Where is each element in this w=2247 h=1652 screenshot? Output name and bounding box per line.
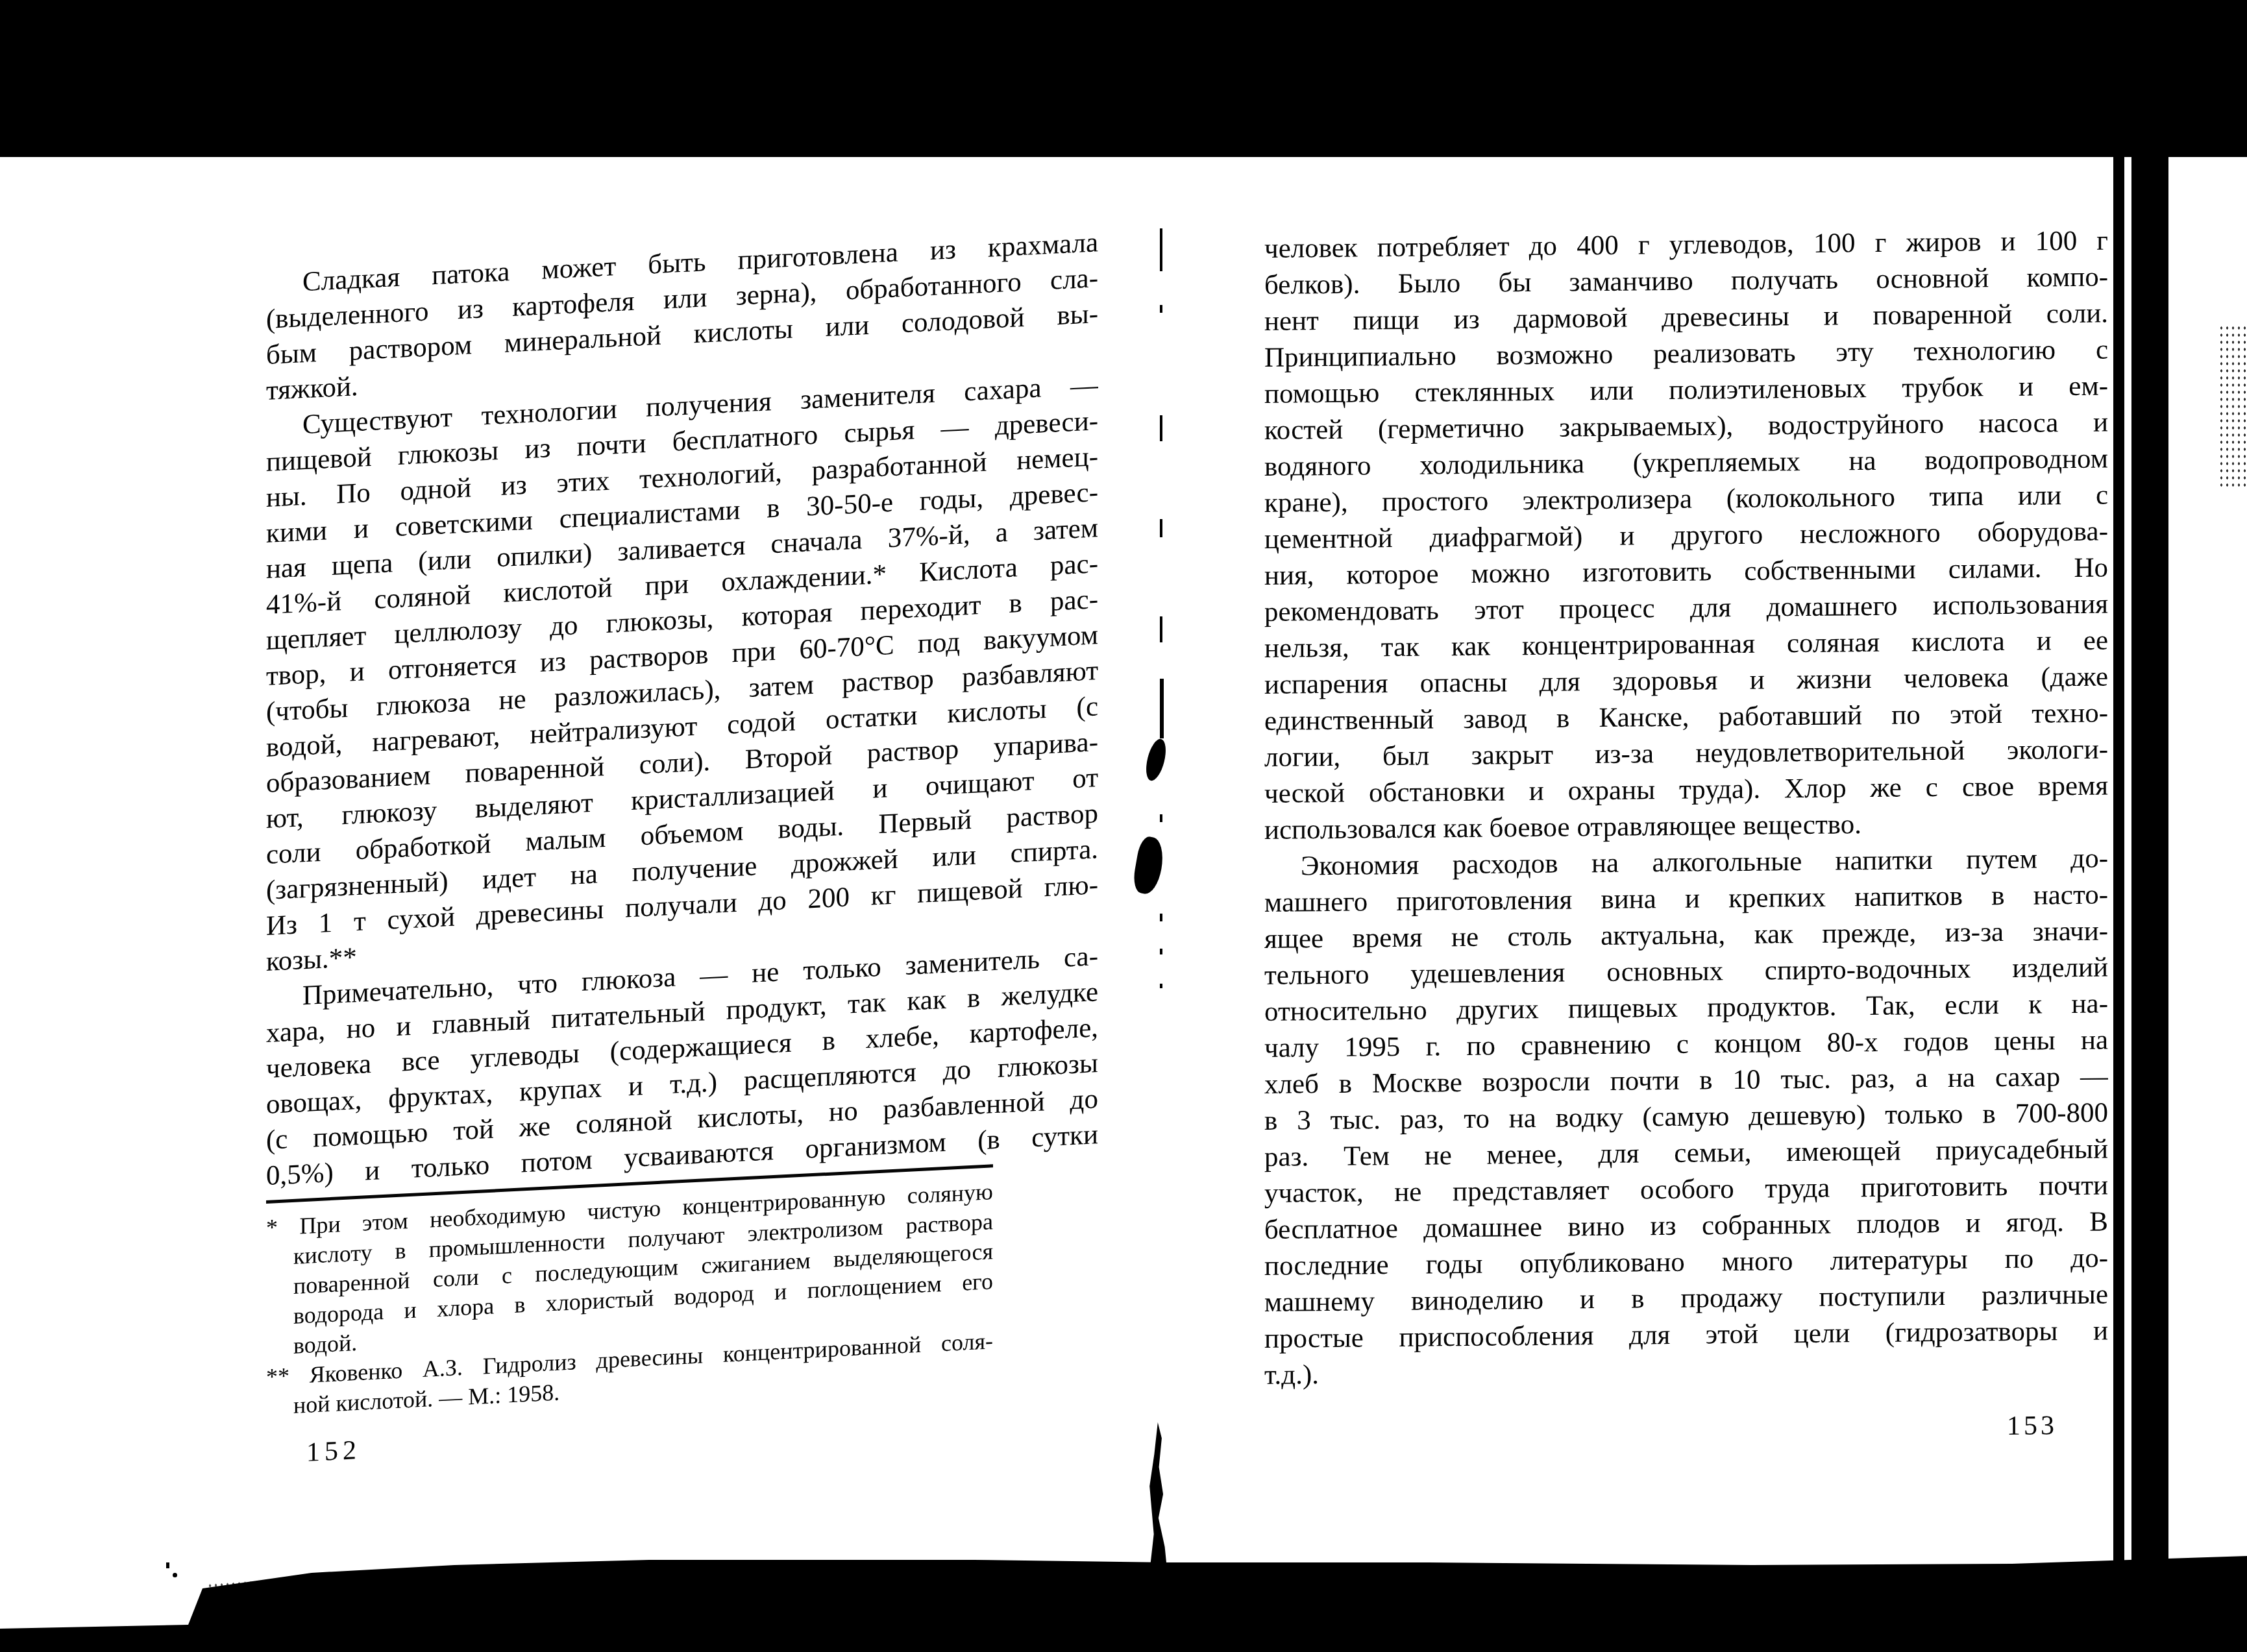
speck [166, 1562, 169, 1568]
ink-blot [1131, 835, 1167, 896]
spine-line-segment [1160, 519, 1162, 537]
scan-artifact-page-edge-line [2113, 77, 2124, 1652]
scan-artifact-bottom-band [0, 1551, 2247, 1652]
scan-noise [2218, 324, 2247, 490]
speck [173, 1573, 177, 1577]
spine-line-segment [1160, 616, 1162, 642]
left-page-paragraph: Примечательно, что глюкоза — не только з… [266, 938, 1098, 1194]
scan-noise [207, 1573, 335, 1647]
footnote-block: * При этом необходимую чистую концентрир… [266, 1164, 993, 1422]
spine-shadow [1145, 1422, 1168, 1582]
spine-line-segment [1160, 984, 1162, 988]
spine-line-segment [1160, 305, 1162, 313]
left-page: Сладкая патока может быть приготовлена и… [266, 225, 1098, 1470]
spine-line-segment [1160, 84, 1162, 117]
spine-line-segment [1160, 415, 1162, 441]
book-scan: Сладкая патока может быть приготовлена и… [0, 0, 2247, 1652]
spine-line-segment [1160, 228, 1162, 271]
right-page-paragraph: Экономия расходов на алкогольные напитки… [1264, 841, 2108, 1394]
scan-artifact-top-band [0, 0, 2247, 157]
spine-line-segment [1160, 679, 1164, 738]
left-page-paragraph: Существуют технологии получения замените… [266, 367, 1098, 980]
right-page: человек потребляет до 400 г углеводов, 1… [1264, 223, 2108, 1448]
ink-blot [1142, 737, 1169, 783]
page-number-right: 153 [2007, 1411, 2108, 1441]
spine-line-segment [1160, 914, 1162, 921]
spine-line-segment [1160, 140, 1162, 149]
spine-line-segment [1160, 949, 1162, 954]
scan-artifact-right-band [2131, 62, 2168, 1652]
spine-line-segment [1160, 814, 1162, 822]
right-page-paragraph: человек потребляет до 400 г углеводов, 1… [1264, 223, 2108, 849]
